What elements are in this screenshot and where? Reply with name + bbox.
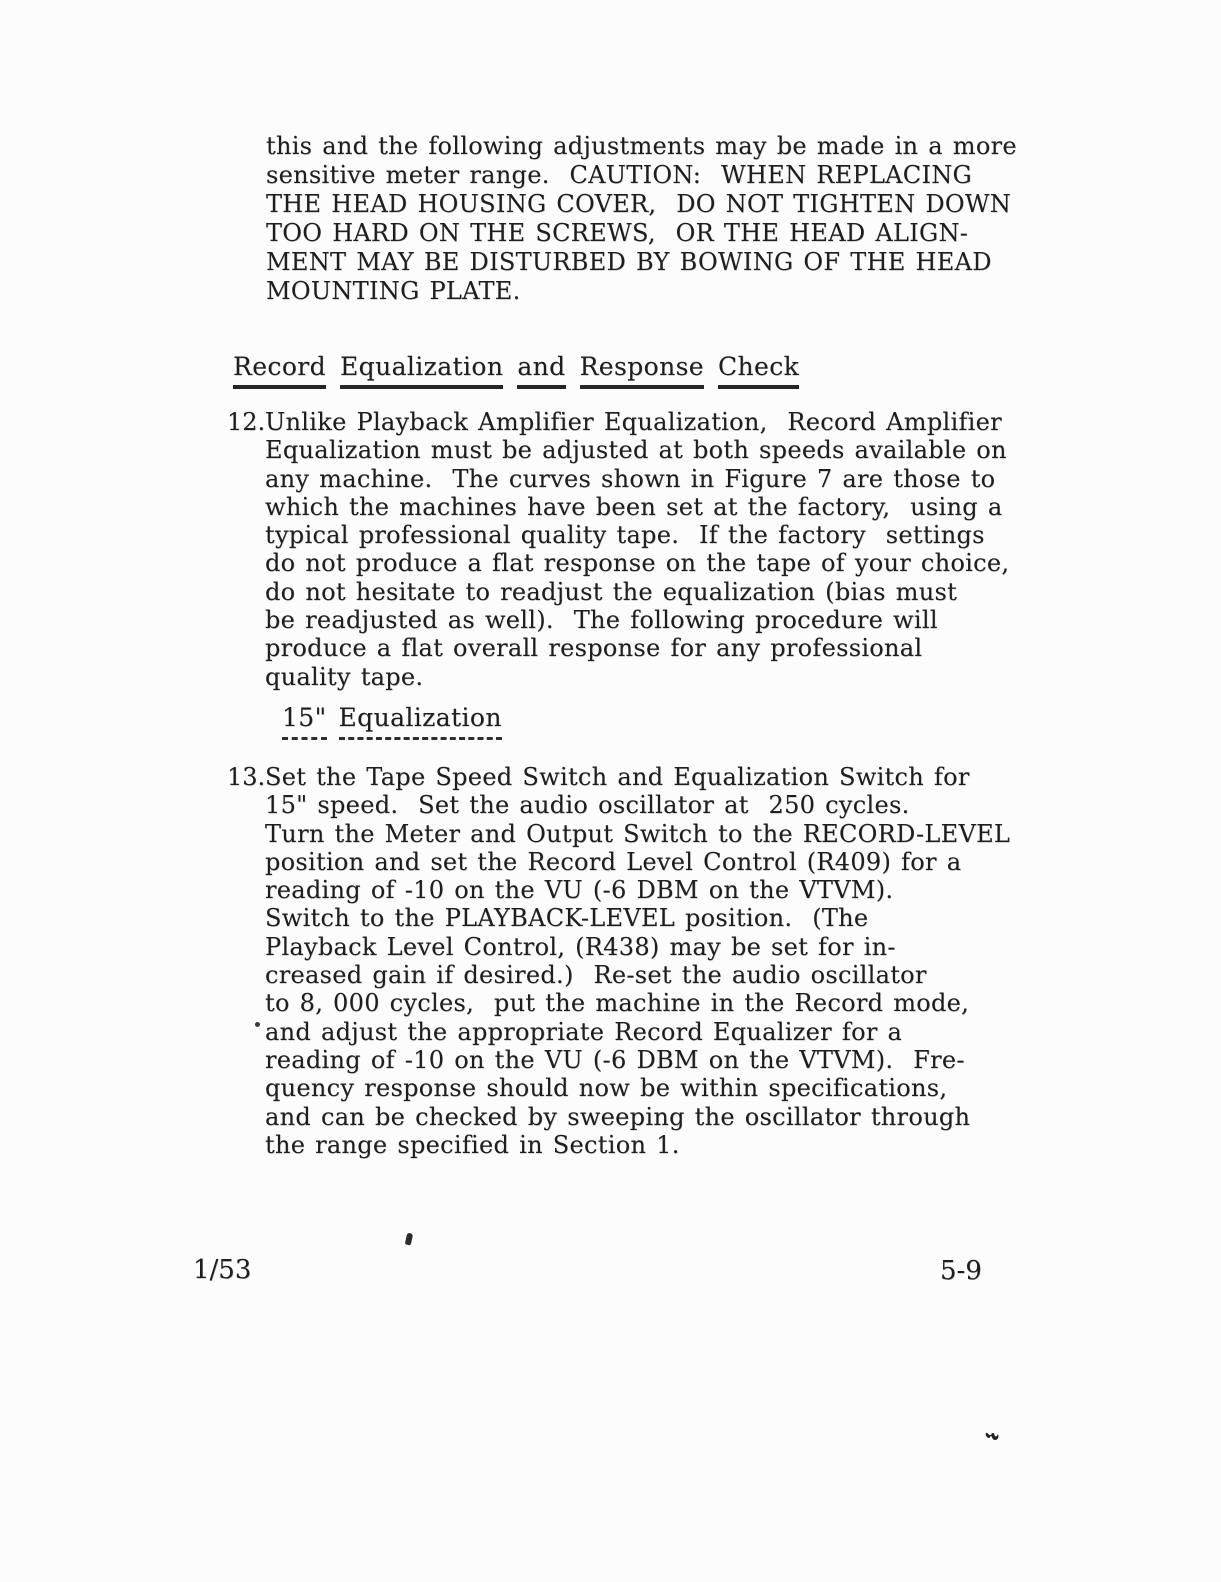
section-heading-word: Check bbox=[718, 352, 799, 389]
list-item-13: 13. Set the Tape Speed Switch and Equali… bbox=[227, 763, 1010, 1159]
section-heading-word: and bbox=[517, 352, 565, 389]
section-heading-word: Record bbox=[233, 352, 326, 389]
item-body: Set the Tape Speed Switch and Equalizati… bbox=[265, 763, 1010, 1159]
item-number: 12. bbox=[227, 408, 265, 436]
sub-heading-word: Equalization bbox=[339, 703, 502, 740]
footer-page-number: 5-9 bbox=[940, 1256, 982, 1286]
sub-heading: 15"Equalization bbox=[282, 703, 514, 740]
item-body: Unlike Playback Amplifier Equalization, … bbox=[265, 408, 1009, 691]
intro-paragraph: this and the following adjustments may b… bbox=[266, 132, 1017, 306]
ink-blot bbox=[984, 1430, 1002, 1445]
section-heading-word: Response bbox=[580, 352, 704, 389]
list-item-12: 12. Unlike Playback Amplifier Equalizati… bbox=[227, 408, 1009, 691]
ink-speck bbox=[405, 1233, 413, 1246]
section-heading: RecordEqualizationandResponseCheck bbox=[233, 352, 813, 389]
item-number: 13. bbox=[227, 763, 265, 791]
scanned-document-page: this and the following adjustments may b… bbox=[0, 0, 1221, 1582]
footer-date-code: 1/53 bbox=[193, 1255, 251, 1285]
ink-speck bbox=[255, 1022, 260, 1027]
sub-heading-word: 15" bbox=[282, 703, 327, 740]
section-heading-word: Equalization bbox=[340, 352, 503, 389]
